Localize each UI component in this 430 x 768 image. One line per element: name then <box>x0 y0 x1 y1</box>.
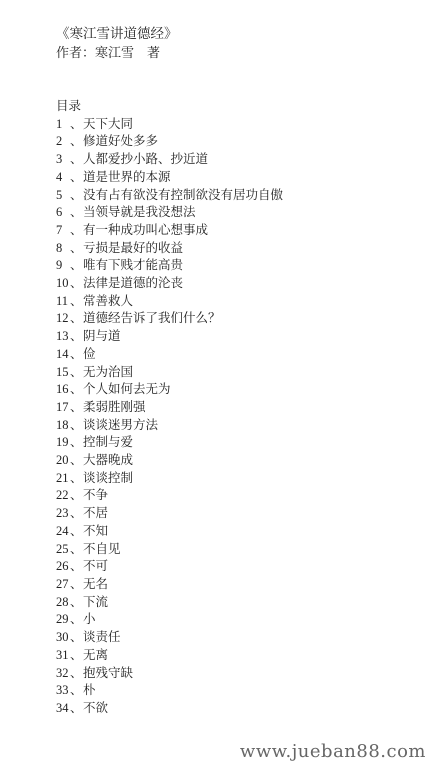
toc-row: 10、法律是道德的沦丧 <box>56 275 430 293</box>
toc-item-separator: 、 <box>70 151 83 169</box>
toc-item-number: 15 <box>56 364 70 382</box>
toc-item-title: 俭 <box>83 347 96 361</box>
toc-row: 16、个人如何去无为 <box>56 381 430 399</box>
toc-item-number: 19 <box>56 434 70 452</box>
toc-item-number: 18 <box>56 417 70 435</box>
toc-item-separator: 、 <box>70 222 83 240</box>
toc-item-separator: 、 <box>70 169 83 187</box>
toc-row: 23、不居 <box>56 505 430 523</box>
toc-item-title: 当领导就是我没想法 <box>83 205 196 219</box>
toc-item-separator: 、 <box>70 399 83 417</box>
toc-heading: 目录 <box>56 98 430 116</box>
toc-item-title: 不自见 <box>83 542 121 556</box>
toc-row: 4、道是世界的本源 <box>56 169 430 187</box>
book-title: 《寒江雪讲道德经》 <box>56 24 430 43</box>
toc-item-separator: 、 <box>70 611 83 629</box>
toc-item-number: 33 <box>56 682 70 700</box>
toc-item-title: 谈谈迷男方法 <box>83 418 158 432</box>
toc-row: 3、人都爱抄小路、抄近道 <box>56 151 430 169</box>
toc-item-title: 个人如何去无为 <box>83 382 171 396</box>
toc-row: 34、不欲 <box>56 700 430 718</box>
toc-item-title: 谈责任 <box>83 630 121 644</box>
toc-item-separator: 、 <box>70 434 83 452</box>
toc-item-number: 6 <box>56 204 70 222</box>
toc-row: 7、有一种成功叫心想事成 <box>56 222 430 240</box>
toc-item-number: 29 <box>56 611 70 629</box>
toc-item-separator: 、 <box>70 505 83 523</box>
toc-item-separator: 、 <box>70 381 83 399</box>
toc-item-separator: 、 <box>70 346 83 364</box>
toc-row: 13、阴与道 <box>56 328 430 346</box>
author-line: 作者：寒江雪 著 <box>56 43 430 62</box>
toc-item-separator: 、 <box>70 417 83 435</box>
toc-item-separator: 、 <box>70 682 83 700</box>
toc-item-title: 亏损是最好的收益 <box>83 241 183 255</box>
toc-item-title: 无为治国 <box>83 365 133 379</box>
toc-item-title: 人都爱抄小路、抄近道 <box>83 152 208 166</box>
toc-item-number: 31 <box>56 647 70 665</box>
toc-item-title: 不欲 <box>83 701 108 715</box>
toc-item-title: 唯有下贱才能高贵 <box>83 258 183 272</box>
toc-item-separator: 、 <box>70 523 83 541</box>
toc-item-title: 修道好处多多 <box>83 134 158 148</box>
toc-item-separator: 、 <box>70 629 83 647</box>
toc-item-title: 无离 <box>83 648 108 662</box>
toc-item-title: 抱残守缺 <box>83 666 133 680</box>
toc-item-number: 20 <box>56 452 70 470</box>
toc-item-separator: 、 <box>70 541 83 559</box>
toc-item-number: 28 <box>56 594 70 612</box>
toc-item-number: 11 <box>56 293 70 311</box>
toc-item-separator: 、 <box>70 310 83 328</box>
toc-row: 15、无为治国 <box>56 364 430 382</box>
toc-item-number: 22 <box>56 487 70 505</box>
toc-item-separator: 、 <box>70 487 83 505</box>
toc-row: 1、天下大同 <box>56 116 430 134</box>
toc-item-number: 1 <box>56 116 70 134</box>
toc-item-separator: 、 <box>70 293 83 311</box>
toc-item-title: 道是世界的本源 <box>83 170 171 184</box>
toc-item-separator: 、 <box>70 116 83 134</box>
toc-row: 14、俭 <box>56 346 430 364</box>
toc-item-number: 13 <box>56 328 70 346</box>
toc-item-title: 谈谈控制 <box>83 471 133 485</box>
toc-item-title: 法律是道德的沦丧 <box>83 276 183 290</box>
toc-item-number: 2 <box>56 133 70 151</box>
toc-item-title: 阴与道 <box>83 329 121 343</box>
toc-item-number: 12 <box>56 310 70 328</box>
toc-item-separator: 、 <box>70 240 83 258</box>
toc-item-separator: 、 <box>70 133 83 151</box>
toc-item-number: 21 <box>56 470 70 488</box>
toc-item-title: 柔弱胜刚强 <box>83 400 146 414</box>
toc-row: 26、不可 <box>56 558 430 576</box>
toc-row: 27、无名 <box>56 576 430 594</box>
toc-row: 12、道德经告诉了我们什么？ <box>56 310 430 328</box>
toc-item-number: 8 <box>56 240 70 258</box>
toc-item-separator: 、 <box>70 187 83 205</box>
toc-item-title: 不知 <box>83 524 108 538</box>
toc-item-separator: 、 <box>70 470 83 488</box>
toc-row: 21、谈谈控制 <box>56 470 430 488</box>
toc-row: 19、控制与爱 <box>56 434 430 452</box>
toc-item-title: 小 <box>83 612 96 626</box>
toc-item-number: 30 <box>56 629 70 647</box>
toc-item-title: 不居 <box>83 506 108 520</box>
toc-row: 2、修道好处多多 <box>56 133 430 151</box>
toc-item-number: 5 <box>56 187 70 205</box>
toc-row: 31、无离 <box>56 647 430 665</box>
toc-row: 17、柔弱胜刚强 <box>56 399 430 417</box>
toc-item-title: 道德经告诉了我们什么？ <box>83 311 221 325</box>
toc-item-number: 27 <box>56 576 70 594</box>
toc-item-separator: 、 <box>70 364 83 382</box>
toc-row: 20、大器晚成 <box>56 452 430 470</box>
toc-item-number: 26 <box>56 558 70 576</box>
toc-item-number: 24 <box>56 523 70 541</box>
toc-row: 25、不自见 <box>56 541 430 559</box>
toc-row: 5、没有占有欲没有控制欲没有居功自傲 <box>56 187 430 205</box>
toc-row: 28、下流 <box>56 594 430 612</box>
toc-item-number: 9 <box>56 257 70 275</box>
toc-item-number: 3 <box>56 151 70 169</box>
toc-item-separator: 、 <box>70 204 83 222</box>
toc-item-title: 大器晚成 <box>83 453 133 467</box>
toc-item-title: 常善救人 <box>83 294 133 308</box>
toc-item-title: 朴 <box>83 683 96 697</box>
table-of-contents: 目录 1、天下大同2、修道好处多多3、人都爱抄小路、抄近道4、道是世界的本源5、… <box>0 98 430 718</box>
toc-item-number: 34 <box>56 700 70 718</box>
toc-row: 11、常善救人 <box>56 293 430 311</box>
toc-row: 32、抱残守缺 <box>56 665 430 683</box>
toc-item-number: 23 <box>56 505 70 523</box>
toc-row: 22、不争 <box>56 487 430 505</box>
toc-item-separator: 、 <box>70 275 83 293</box>
toc-item-separator: 、 <box>70 257 83 275</box>
toc-item-separator: 、 <box>70 452 83 470</box>
toc-item-separator: 、 <box>70 328 83 346</box>
toc-item-title: 控制与爱 <box>83 435 133 449</box>
watermark-url: www.jueban88.com <box>240 740 426 764</box>
toc-item-title: 不争 <box>83 488 108 502</box>
toc-row: 6、当领导就是我没想法 <box>56 204 430 222</box>
page-header: 《寒江雪讲道德经》 作者：寒江雪 著 <box>0 0 430 62</box>
toc-list: 1、天下大同2、修道好处多多3、人都爱抄小路、抄近道4、道是世界的本源5、没有占… <box>56 116 430 718</box>
toc-row: 33、朴 <box>56 682 430 700</box>
toc-row: 9、唯有下贱才能高贵 <box>56 257 430 275</box>
toc-item-title: 有一种成功叫心想事成 <box>83 223 208 237</box>
toc-row: 8、亏损是最好的收益 <box>56 240 430 258</box>
toc-item-number: 16 <box>56 381 70 399</box>
toc-item-number: 14 <box>56 346 70 364</box>
toc-item-title: 不可 <box>83 559 108 573</box>
toc-item-separator: 、 <box>70 594 83 612</box>
toc-item-separator: 、 <box>70 576 83 594</box>
toc-item-separator: 、 <box>70 700 83 718</box>
toc-item-title: 下流 <box>83 595 108 609</box>
toc-item-number: 32 <box>56 665 70 683</box>
toc-item-separator: 、 <box>70 665 83 683</box>
toc-row: 30、谈责任 <box>56 629 430 647</box>
toc-item-number: 25 <box>56 541 70 559</box>
toc-item-number: 10 <box>56 275 70 293</box>
toc-item-separator: 、 <box>70 647 83 665</box>
toc-row: 18、谈谈迷男方法 <box>56 417 430 435</box>
toc-item-title: 天下大同 <box>83 117 133 131</box>
toc-item-title: 没有占有欲没有控制欲没有居功自傲 <box>83 188 283 202</box>
toc-item-number: 7 <box>56 222 70 240</box>
toc-item-separator: 、 <box>70 558 83 576</box>
toc-row: 24、不知 <box>56 523 430 541</box>
toc-item-number: 4 <box>56 169 70 187</box>
toc-item-number: 17 <box>56 399 70 417</box>
toc-row: 29、小 <box>56 611 430 629</box>
toc-item-title: 无名 <box>83 577 108 591</box>
